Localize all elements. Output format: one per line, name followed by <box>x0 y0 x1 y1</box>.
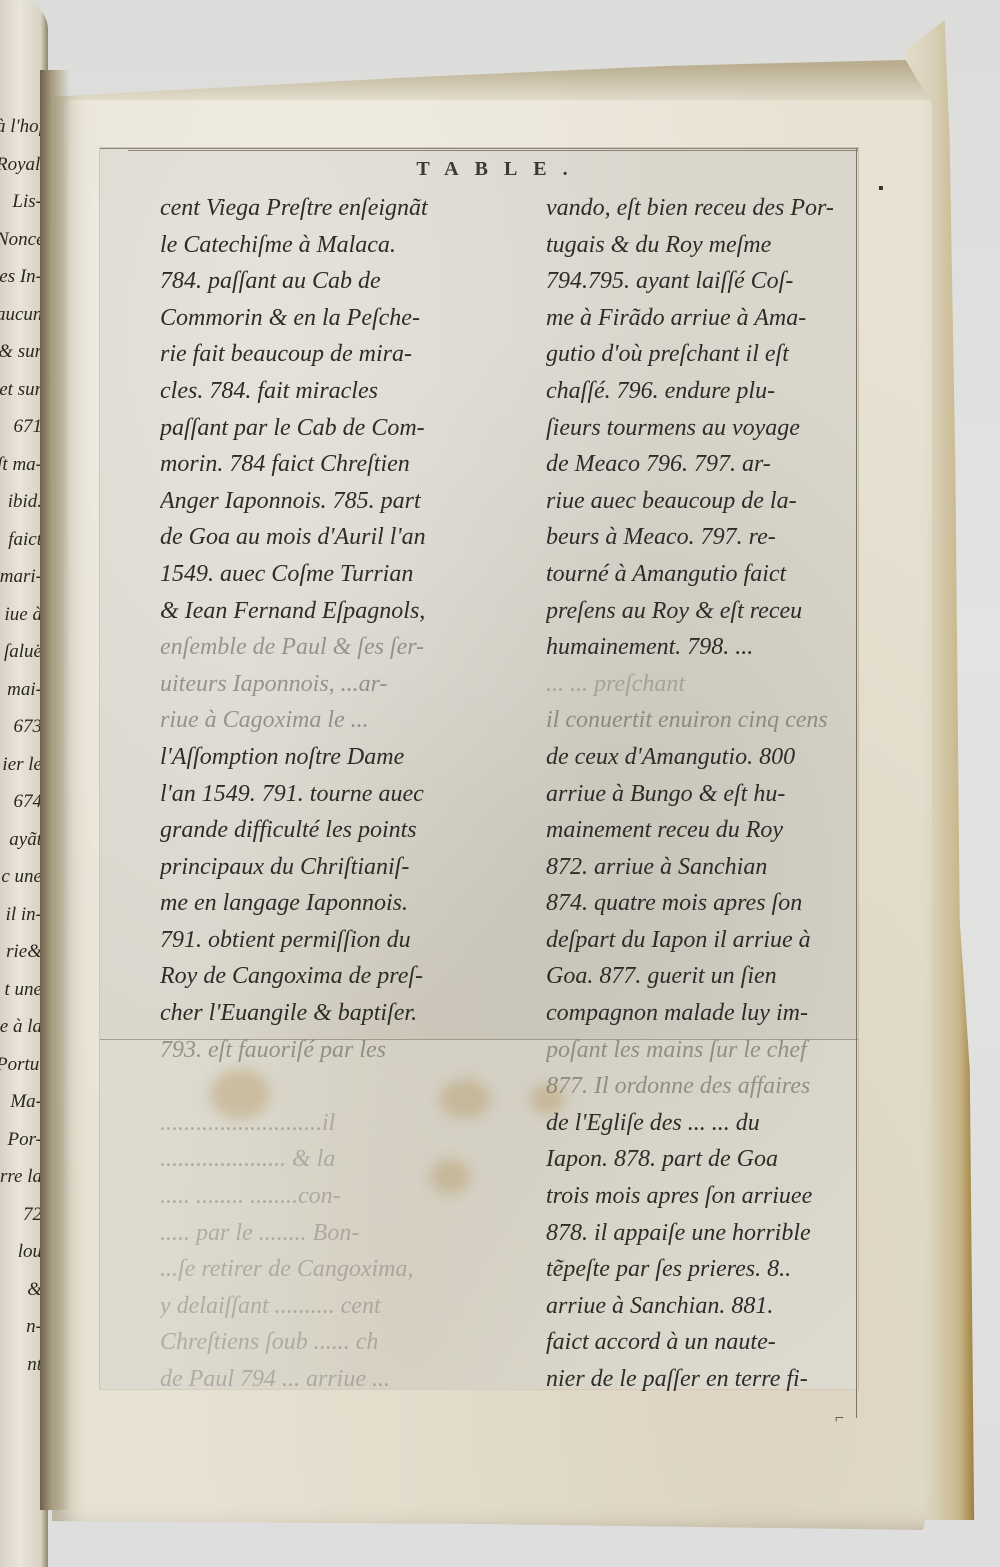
text-line: preſens au Roy & eſt receu <box>546 593 858 630</box>
text-line: riue auec beaucoup de la- <box>546 483 858 520</box>
margin-line: rie& <box>0 933 42 971</box>
text-line: 877. Il ordonne des affaires <box>546 1068 858 1105</box>
text-line: Roy de Cangoxima de preſ- <box>160 958 482 995</box>
text-line: me en langage Iaponnois. <box>160 885 482 922</box>
text-line: 791. obtient permiſſion du <box>160 922 482 959</box>
page-mark: ⌐ <box>835 1410 844 1428</box>
text-line: ...........................il <box>160 1105 482 1142</box>
previous-page-margin-text: à l'hof-Royal,Lis-Noncees In-aucun& sure… <box>0 108 42 1383</box>
text-line: mainement receu du Roy <box>546 812 858 849</box>
text-line: chaſſé. 796. endure plu- <box>546 373 858 410</box>
text-line: gutio d'où preſchant il eſt <box>546 336 858 373</box>
margin-line: n- <box>0 1308 42 1346</box>
gutter-shadow <box>40 70 70 1510</box>
text-line: 793. eſt fauoriſé par les <box>160 1032 482 1069</box>
text-line: trois mois apres ſon arriuee <box>546 1178 858 1215</box>
text-line: y delaiſſant .......... cent <box>160 1288 482 1325</box>
text-line: nier de le paſſer en terre fi- <box>546 1361 858 1398</box>
page-top-edge <box>52 60 932 100</box>
text-line: faict accord à un naute- <box>546 1324 858 1361</box>
text-line: humainement. 798. ... <box>546 629 858 666</box>
margin-line: à l'hof- <box>0 108 42 146</box>
text-line: paſſant par le Cab de Com- <box>160 410 482 447</box>
text-line: cent Viega Preſtre enſeignãt <box>160 190 482 227</box>
text-line: de ceux d'Amangutio. 800 <box>546 739 858 776</box>
margin-line: et sur <box>0 371 42 409</box>
margin-line: t une <box>0 971 42 1009</box>
margin-line: il in- <box>0 896 42 934</box>
page-mark: ▪ <box>878 180 884 198</box>
left-text-column: cent Viega Preſtre enſeignãtle Catechiſm… <box>160 190 482 1398</box>
text-line: cher l'Euangile & baptiſer. <box>160 995 482 1032</box>
margin-line: ſaluë <box>0 633 42 671</box>
text-line: Commorin & en la Peſche- <box>160 300 482 337</box>
margin-line: es In- <box>0 258 42 296</box>
text-line: 874. quatre mois apres ſon <box>546 885 858 922</box>
margin-line: Lis- <box>0 183 42 221</box>
text-line: tugais & du Roy meſme <box>546 227 858 264</box>
margin-line: e à la <box>0 1008 42 1046</box>
text-line: tẽpeſte par ſes prieres. 8.. <box>546 1251 858 1288</box>
margin-line: mari- <box>0 558 42 596</box>
margin-line: Portu- <box>0 1046 42 1084</box>
margin-line: & sur <box>0 333 42 371</box>
margin-line: Ma- <box>0 1083 42 1121</box>
margin-line: ſt ma- <box>0 446 42 484</box>
margin-line: Por- <box>0 1121 42 1159</box>
margin-line: 72 <box>0 1196 42 1234</box>
text-line: Chreſtiens ſoub ...... ch <box>160 1324 482 1361</box>
text-line: 1549. auec Coſme Turrian <box>160 556 482 593</box>
text-line: de Paul 794 ... arriue ... <box>160 1361 482 1398</box>
margin-line: Nonce <box>0 221 42 259</box>
text-line: 878. il appaiſe une horrible <box>546 1215 858 1252</box>
running-head: TABLE. <box>300 158 700 181</box>
header-rule <box>128 150 858 151</box>
text-line: ..... par le ........ Bon- <box>160 1215 482 1252</box>
text-line: ..... ........ ........con- <box>160 1178 482 1215</box>
text-line: de Goa au mois d'Auril l'an <box>160 519 482 556</box>
margin-line: & <box>0 1271 42 1309</box>
margin-line: c une <box>0 858 42 896</box>
margin-line: Royal, <box>0 146 42 184</box>
text-line: beurs à Meaco. 797. re- <box>546 519 858 556</box>
text-line: Anger Iaponnois. 785. part <box>160 483 482 520</box>
margin-line: aucun <box>0 296 42 334</box>
text-line: 872. arriue à Sanchian <box>546 849 858 886</box>
text-line: de l'Egliſe des ... ... du <box>546 1105 858 1142</box>
text-line: vando, eſt bien receu des Por- <box>546 190 858 227</box>
margin-line: 671 <box>0 408 42 446</box>
margin-line: rre la <box>0 1158 42 1196</box>
text-line: grande difficulté les points <box>160 812 482 849</box>
text-line: Goa. 877. guerit un ſien <box>546 958 858 995</box>
text-line: arriue à Sanchian. 881. <box>546 1288 858 1325</box>
text-line: deſpart du Iapon il arriue à <box>546 922 858 959</box>
text-line: uiteurs Iaponnois, ...ar- <box>160 666 482 703</box>
text-line: l'an 1549. 791. tourne auec <box>160 776 482 813</box>
margin-line: lou <box>0 1233 42 1271</box>
text-line: morin. 784 faict Chreſtien <box>160 446 482 483</box>
text-line: riue à Cagoxima le ... <box>160 702 482 739</box>
text-line: arriue à Bungo & eſt hu- <box>546 776 858 813</box>
margin-line: ier le <box>0 746 42 784</box>
text-line: il conuertit enuiron cinq cens <box>546 702 858 739</box>
text-line: cles. 784. fait miracles <box>160 373 482 410</box>
text-line: rie fait beaucoup de mira- <box>160 336 482 373</box>
text-line: ... ... preſchant <box>546 666 858 703</box>
right-text-column: vando, eſt bien receu des Por-tugais & d… <box>546 190 858 1398</box>
text-line: Iapon. 878. part de Goa <box>546 1141 858 1178</box>
text-line: & Iean Fernand Eſpagnols, <box>160 593 482 630</box>
margin-line: nt <box>0 1346 42 1384</box>
text-line: compagnon malade luy im- <box>546 995 858 1032</box>
margin-line: faict <box>0 521 42 559</box>
text-line: enſemble de Paul & ſes ſer- <box>160 629 482 666</box>
text-line: me à Firãdo arriue à Ama- <box>546 300 858 337</box>
text-line: ...ſe retirer de Cangoxima, <box>160 1251 482 1288</box>
text-line: de Meaco 796. 797. ar- <box>546 446 858 483</box>
margin-line: ayãt <box>0 821 42 859</box>
text-line <box>160 1068 482 1105</box>
text-line: 784. paſſant au Cab de <box>160 263 482 300</box>
text-line: l'Aſſomption noſtre Dame <box>160 739 482 776</box>
text-line: ..................... & la <box>160 1141 482 1178</box>
margin-line: 673 <box>0 708 42 746</box>
margin-line: ibid. <box>0 483 42 521</box>
text-line: le Catechiſme à Malaca. <box>160 227 482 264</box>
margin-line: iue à <box>0 596 42 634</box>
text-line: principaux du Chriſtianiſ- <box>160 849 482 886</box>
text-line: ſieurs tourmens au voyage <box>546 410 858 447</box>
text-line: tourné à Amangutio faict <box>546 556 858 593</box>
text-line: poſant les mains ſur le chef <box>546 1032 858 1069</box>
text-line: 794.795. ayant laiſſé Coſ- <box>546 263 858 300</box>
margin-line: 674 <box>0 783 42 821</box>
margin-line: mai- <box>0 671 42 709</box>
